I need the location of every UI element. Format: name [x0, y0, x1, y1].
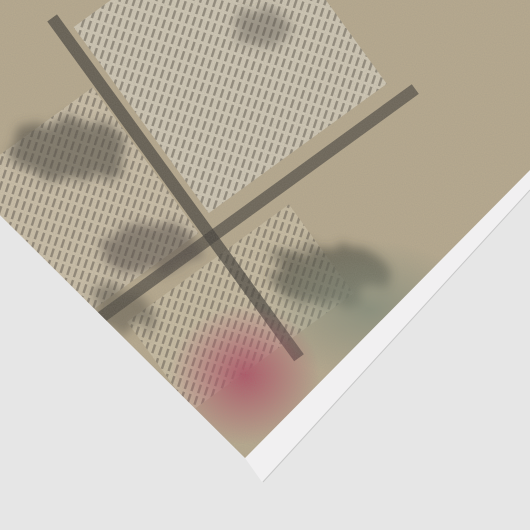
paper-print-corner	[0, 0, 530, 530]
product-photo	[0, 0, 530, 530]
